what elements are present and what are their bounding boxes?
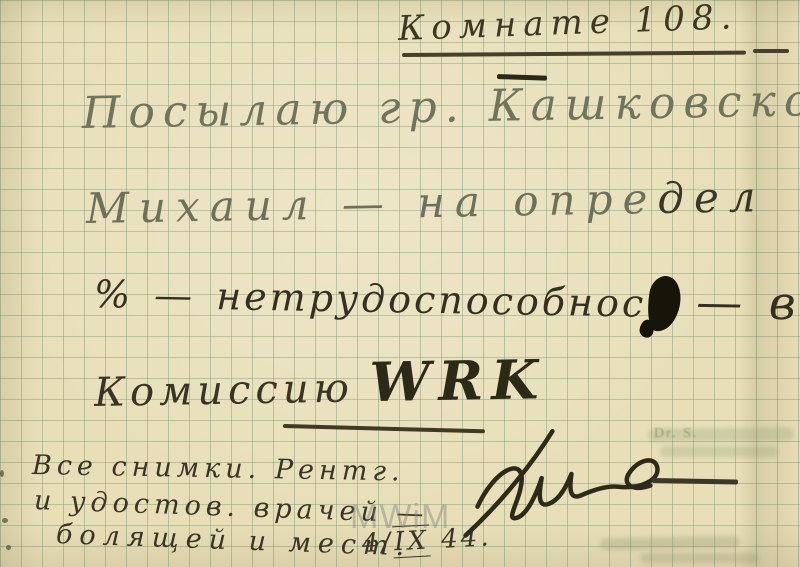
faint-stamp-text: Dr. S. [654,426,698,442]
watermark-text: MWiM [350,498,450,537]
header-dash-stroke [753,49,789,53]
line-name-dark-part: дел [657,172,766,223]
paper-speck [6,545,11,550]
scanned-note-paper: Комнате 108. Посылаю гр. Кашковского Мих… [0,0,800,567]
scanned-note-page: Комнате 108. Посылаю гр. Кашковского Мих… [0,0,800,567]
faint-stamp-smudge-2 [660,446,778,457]
ink-blot [644,273,684,333]
paper-speck [0,470,4,477]
paper-speck [2,518,8,523]
bleed-through-smudge-1 [600,536,740,550]
footnote-line-1: Все снимки. Рентг. [32,452,405,485]
commission-label: Комиссию [94,365,355,416]
signature-flourish [414,419,671,546]
bleed-through-smudge-2 [640,553,758,563]
commission-org: WRK [369,347,547,414]
line-name: Михаил — на определ [86,176,766,230]
percent-tail: — в [696,275,799,331]
line-commission: КомиссиюWRK [94,352,547,414]
line-sending: Посылаю гр. Кашковского [82,78,800,136]
line-name-faded-part: Михаил — на опре [86,174,658,233]
